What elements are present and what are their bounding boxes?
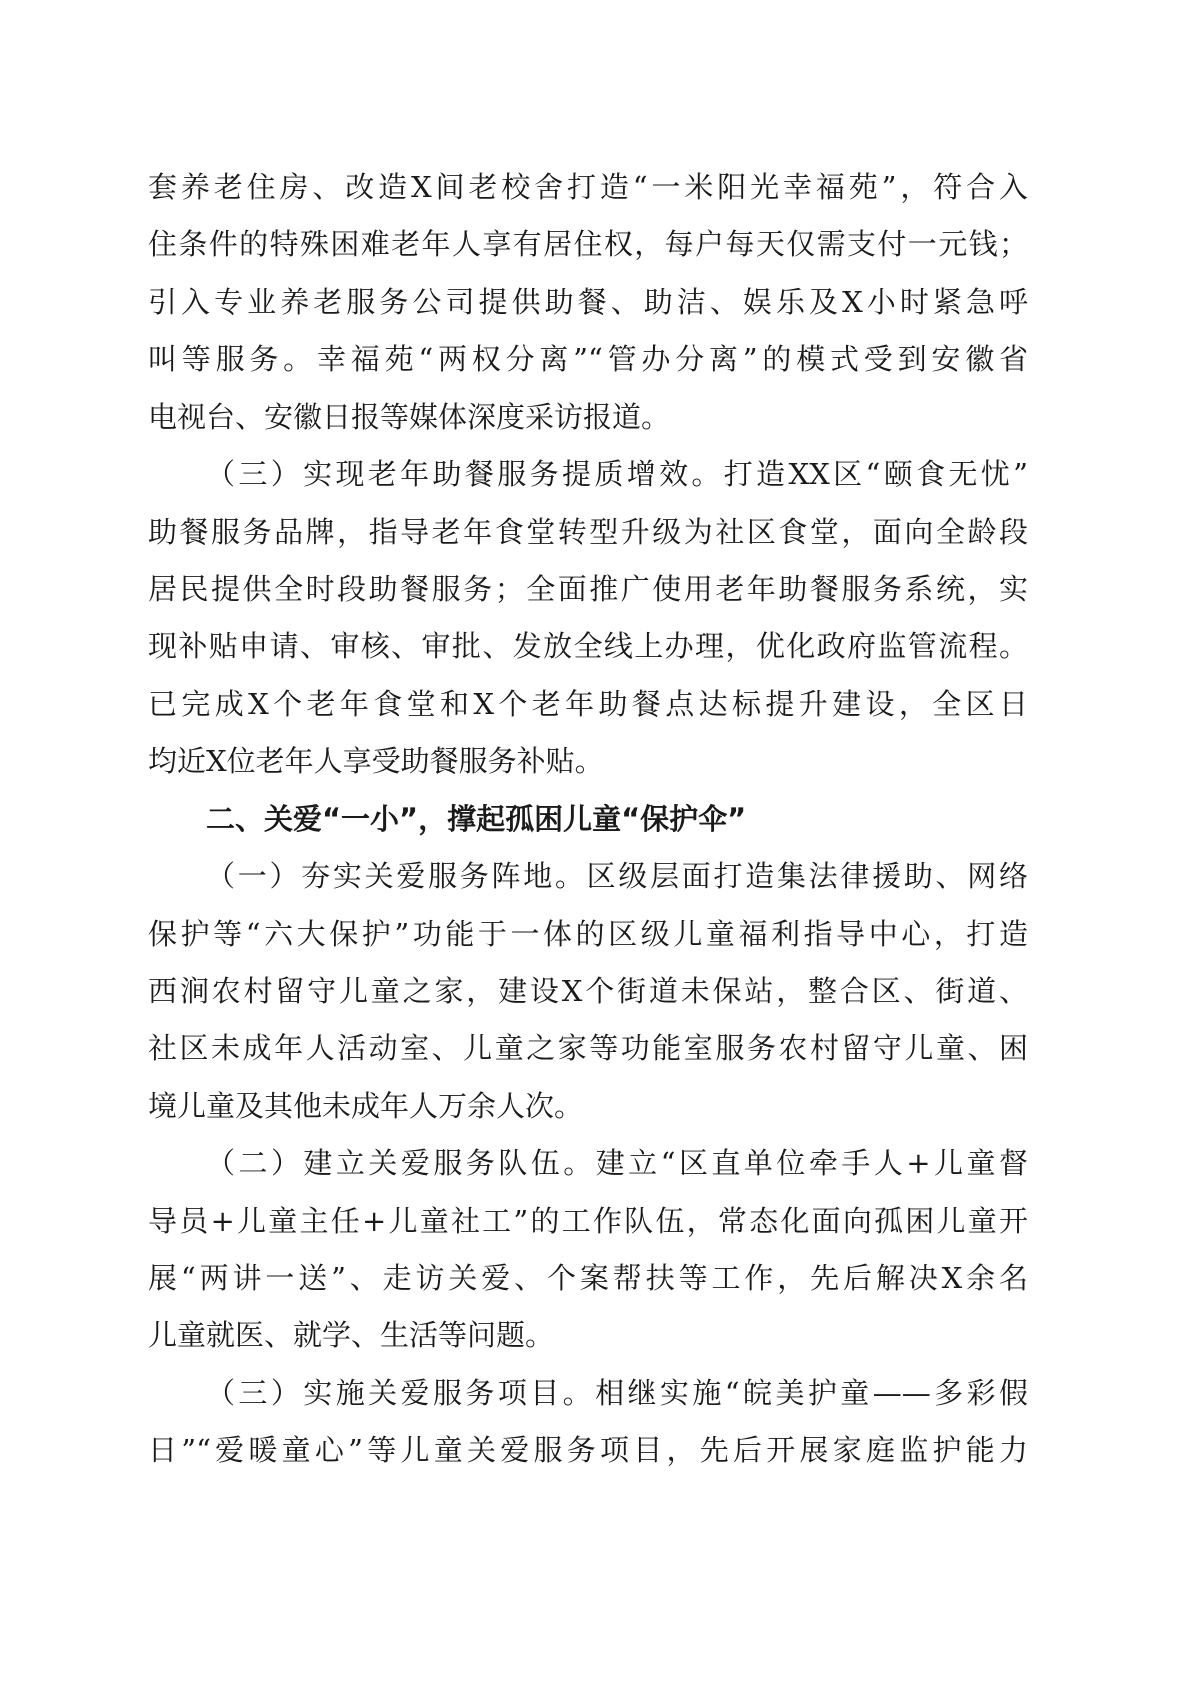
text-line: 叫等服务。幸福苑“两权分离”“管办分离”的模式受到安徽省 <box>148 331 1028 388</box>
document-page: 套养老住房、改造X间老校舍打造“一米阳光幸福苑”，符合入 住条件的特殊困难老年人… <box>0 0 1190 1683</box>
text-line: 助餐服务品牌，指导老年食堂转型升级为社区食堂，面向全龄段 <box>148 504 1028 561</box>
text-line: 儿童就医、就学、生活等问题。 <box>148 1307 1028 1364</box>
text-line: 现补贴申请、审核、审批、发放全线上办理，优化政府监管流程。 <box>148 618 1028 675</box>
text-line: 日”“爱暖童心”等儿童关爱服务项目，先后开展家庭监护能力 <box>148 1422 1028 1479</box>
text-line: 展“两讲一送”、走访关爱、个案帮扶等工作，先后解决X余名 <box>148 1250 1028 1307</box>
text-line: 社区未成年人活动室、儿童之家等功能室服务农村留守儿童、困 <box>148 1020 1028 1077</box>
text-line: 导员+儿童主任+儿童社工”的工作队伍，常态化面向孤困儿童开 <box>148 1193 1028 1250</box>
text-line: 均近X位老年人享受助餐服务补贴。 <box>148 733 1028 790</box>
paragraph-start-line: （三）实施关爱服务项目。相继实施“皖美护童——多彩假 <box>206 1365 1028 1422</box>
text-line: 西涧农村留守儿童之家，建设X个街道未保站，整合区、街道、 <box>148 963 1028 1020</box>
paragraph-start-line: （三）实现老年助餐服务提质增效。打造XX区“颐食无忧” <box>206 446 1028 503</box>
text-line: 引入专业养老服务公司提供助餐、助洁、娱乐及X小时紧急呼 <box>148 274 1028 331</box>
text-line: 套养老住房、改造X间老校舍打造“一米阳光幸福苑”，符合入 <box>148 159 1028 216</box>
text-line: 境儿童及其他未成年人万余人次。 <box>148 1078 1028 1135</box>
section-heading: 二、关爱“一小”，撑起孤困儿童“保护伞” <box>206 791 1028 848</box>
text-line: 已完成X个老年食堂和X个老年助餐点达标提升建设，全区日 <box>148 676 1028 733</box>
paragraph-start-line: （二）建立关爱服务队伍。建立“区直单位牵手人+儿童督 <box>206 1135 1028 1192</box>
text-line: 居民提供全时段助餐服务；全面推广使用老年助餐服务系统，实 <box>148 561 1028 618</box>
text-line: 电视台、安徽日报等媒体深度采访报道。 <box>148 389 1028 446</box>
text-line: 保护等“六大保护”功能于一体的区级儿童福利指导中心，打造 <box>148 906 1028 963</box>
text-line: 住条件的特殊困难老年人享有居住权，每户每天仅需支付一元钱； <box>148 216 1028 273</box>
paragraph-start-line: （一）夯实关爱服务阵地。区级层面打造集法律援助、网络 <box>206 848 1028 905</box>
